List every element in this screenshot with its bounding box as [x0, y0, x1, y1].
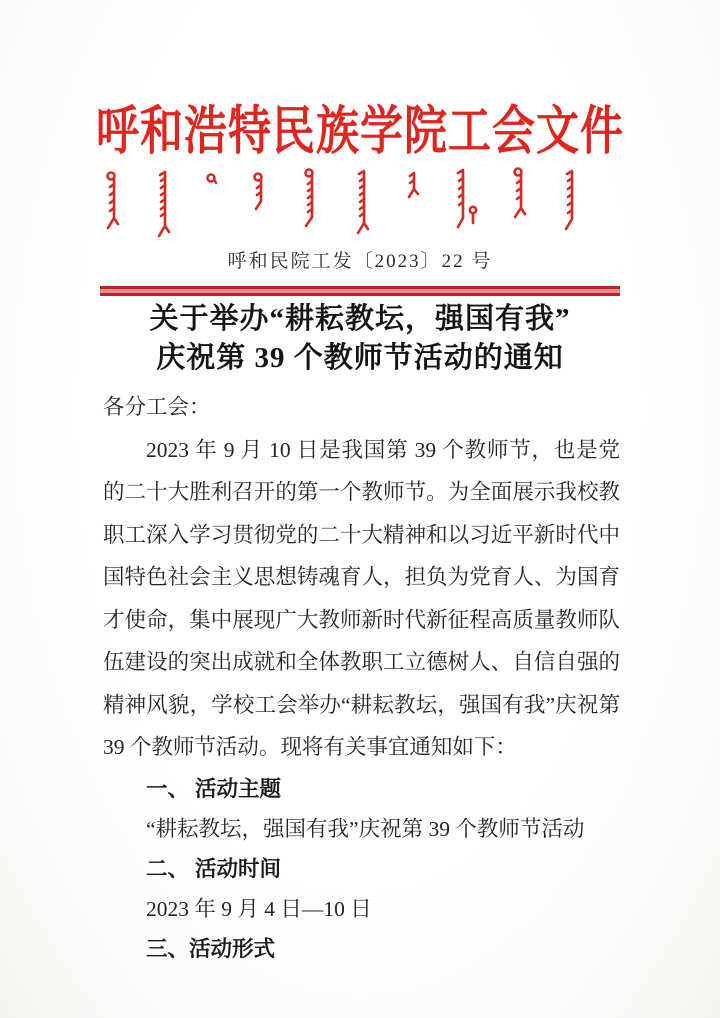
section-content-1: “耕耘教坛，强国有我”庆祝第 39 个教师节活动	[103, 809, 620, 849]
mongolian-glyph	[301, 167, 321, 229]
doc-title-line1: 关于举办“耕耘教坛，强国有我”	[0, 300, 720, 339]
section-heading-3: 三、活动形式	[103, 929, 620, 969]
mongolian-glyph	[510, 166, 530, 220]
paragraph: 2023 年 9 月 10 日是我国第 39 个教师节，也是党的二十大胜利召开的…	[103, 429, 620, 769]
doc-title: 关于举办“耕耘教坛，强国有我” 庆祝第 39 个教师节活动的通知	[0, 300, 720, 378]
mongolian-glyph	[453, 166, 479, 232]
mongolian-glyph	[250, 171, 270, 211]
mongolian-glyph	[404, 169, 422, 199]
document-body: 各分工会： 2023 年 9 月 10 日是我国第 39 个教师节，也是党的二十…	[103, 386, 620, 969]
section-content-2: 2023 年 9 月 4 日—10 日	[103, 889, 620, 929]
mongolian-glyph	[154, 168, 174, 240]
section-heading-2: 二、 活动时间	[103, 849, 620, 889]
document-page: 呼和浩特民族学院工会文件	[0, 0, 720, 1018]
mongolian-glyph	[103, 170, 123, 232]
section-heading-1: 一、 活动主题	[103, 769, 620, 809]
red-separator-rule	[100, 286, 620, 296]
doc-number: 呼和民院工发〔2023〕22 号	[0, 246, 720, 273]
mongolian-glyph	[353, 167, 373, 237]
mongolian-glyph	[561, 167, 581, 233]
mongolian-glyph	[205, 172, 219, 186]
org-title: 呼和浩特民族学院工会文件	[0, 90, 720, 164]
mongolian-script-row	[103, 166, 581, 244]
doc-title-line2: 庆祝第 39 个教师节活动的通知	[0, 339, 720, 378]
salutation: 各分工会：	[103, 386, 620, 429]
